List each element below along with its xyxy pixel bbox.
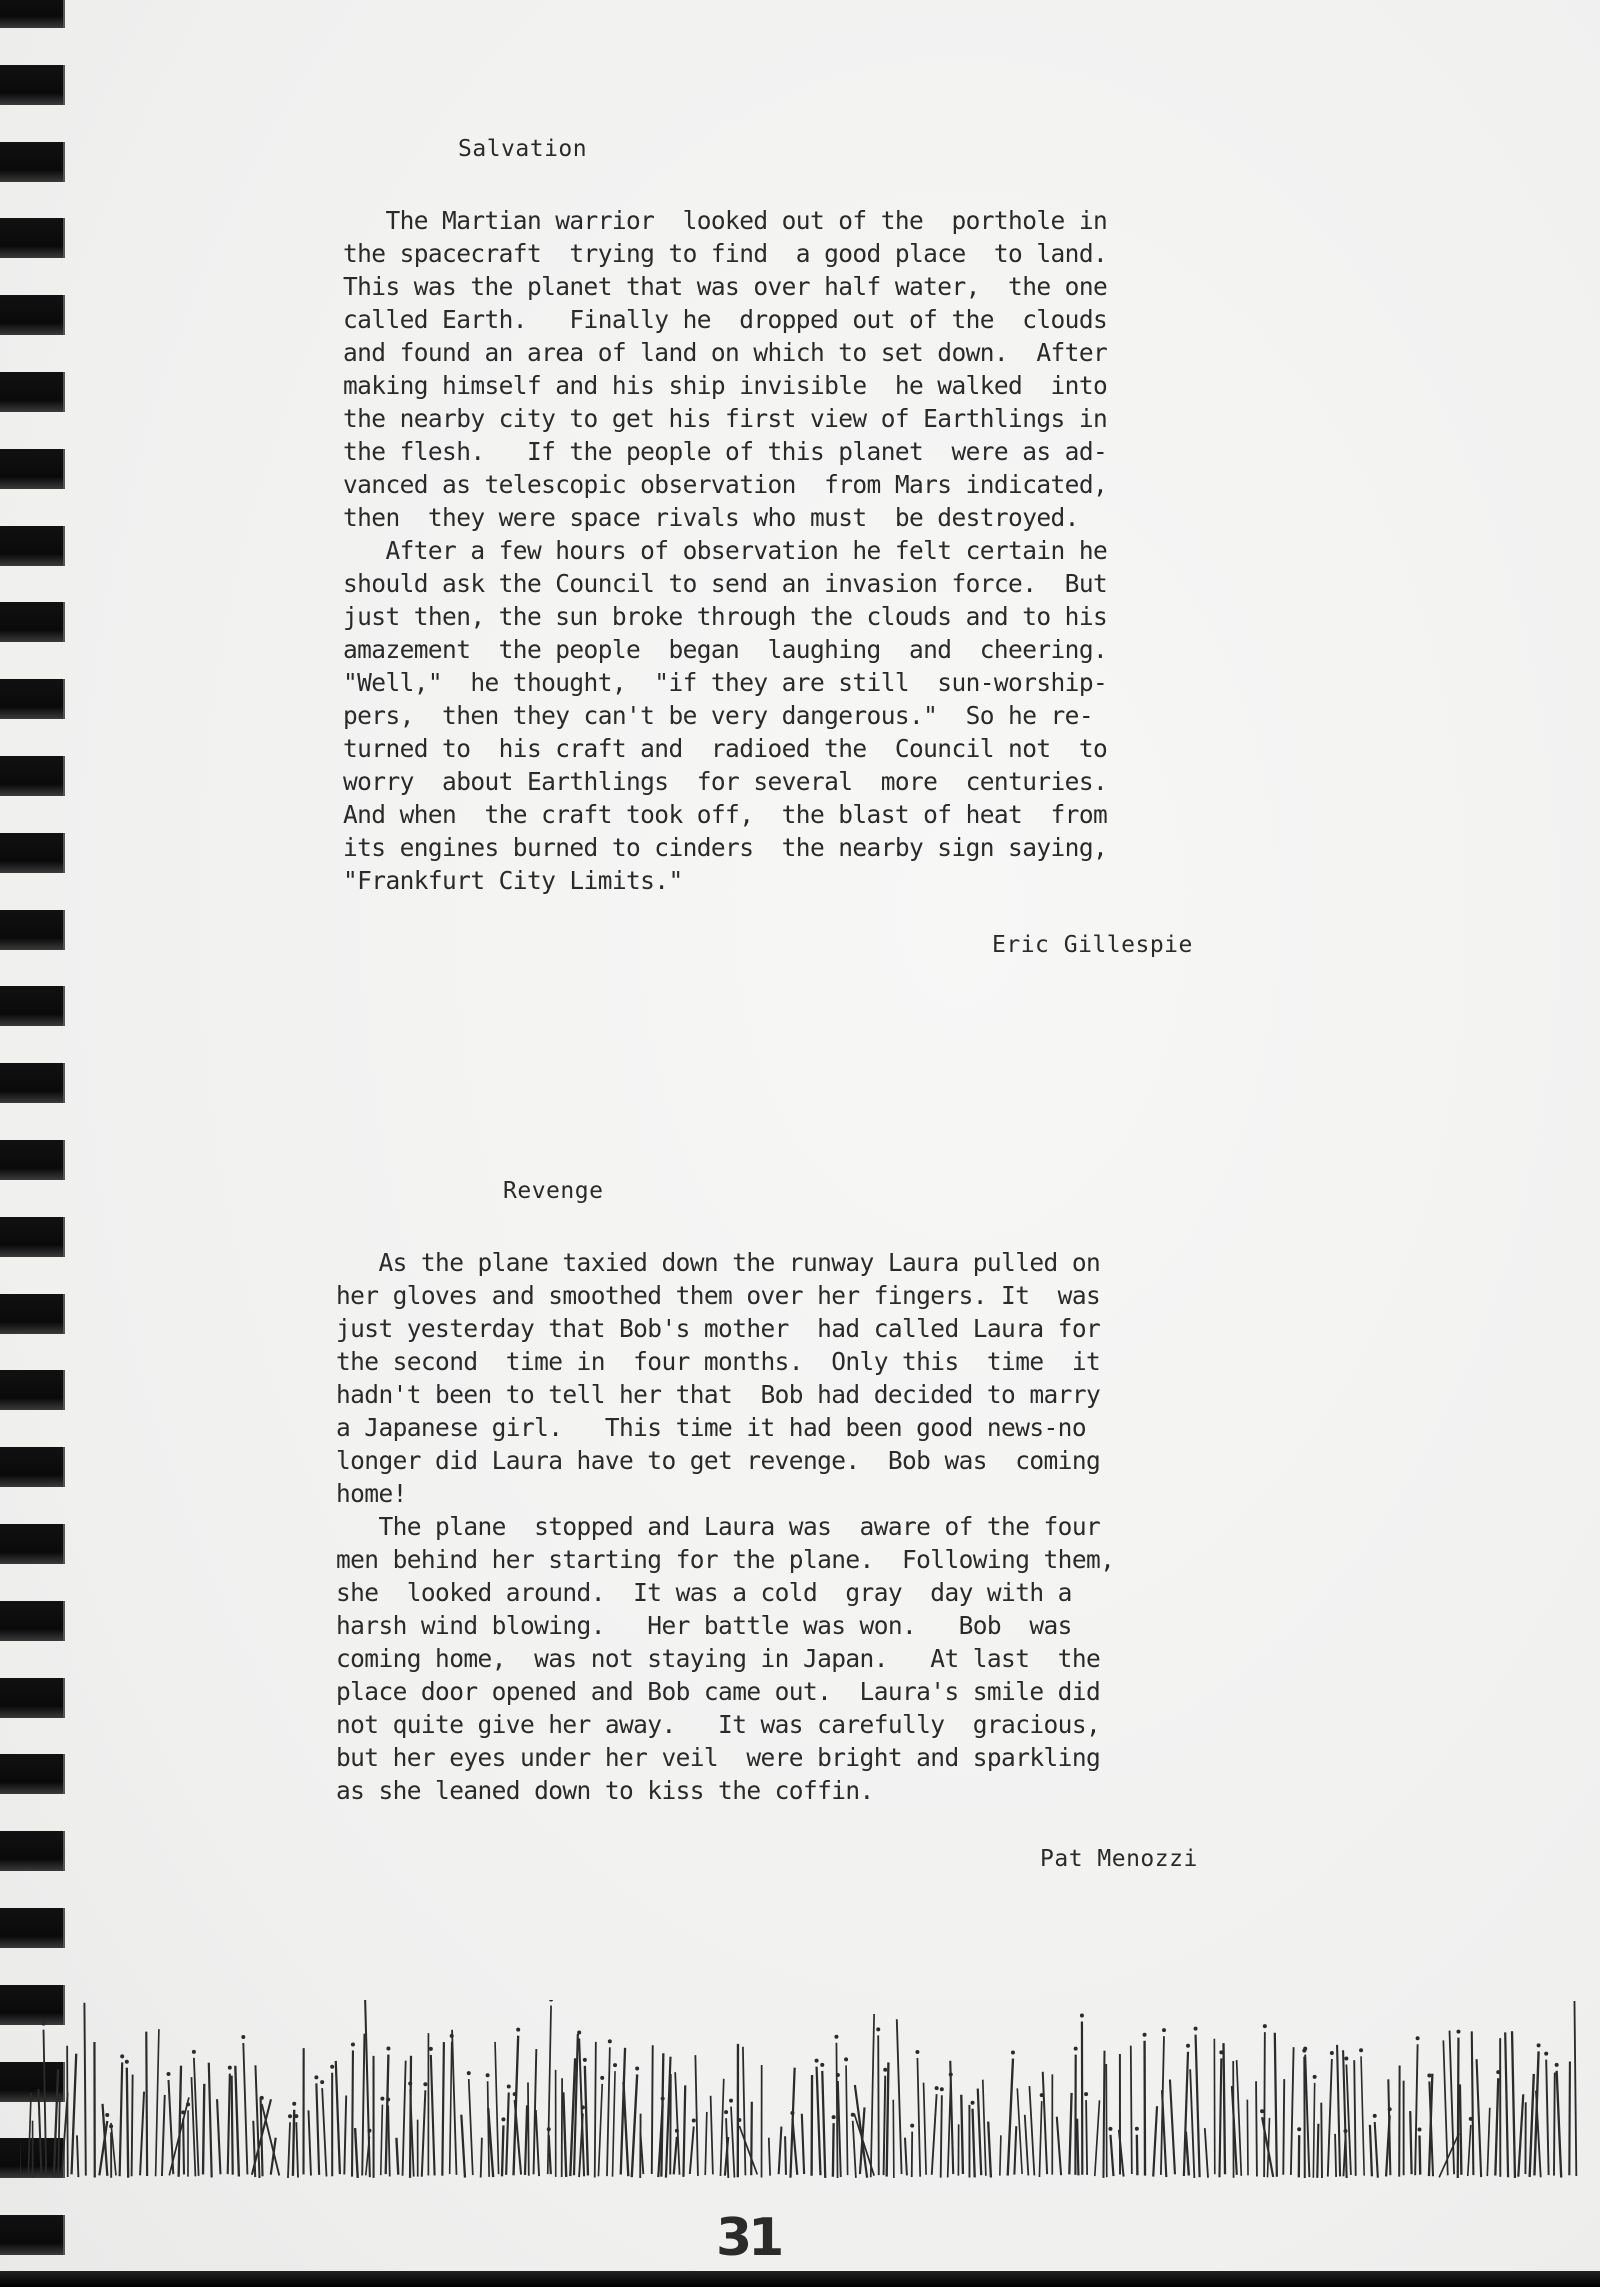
binding-ring <box>0 602 65 642</box>
text-line: its engines burned to cinders the nearby… <box>343 831 1107 864</box>
text-line: not quite give her away. It was carefull… <box>336 1708 1114 1741</box>
text-line: a Japanese girl. This time it had been g… <box>336 1411 1114 1444</box>
binding-ring <box>0 0 65 28</box>
binding-ring <box>0 1217 65 1257</box>
binding-ring <box>0 1524 65 1564</box>
binding-ring <box>0 1140 65 1180</box>
text-line: amazement the people began laughing and … <box>343 633 1107 666</box>
binding-ring <box>0 756 65 796</box>
text-line: but her eyes under her veil were bright … <box>336 1741 1114 1774</box>
text-line: place door opened and Bob came out. Laur… <box>336 1675 1114 1708</box>
text-line: then they were space rivals who must be … <box>343 501 1107 534</box>
text-line: hadn't been to tell her that Bob had dec… <box>336 1378 1114 1411</box>
binding-ring <box>0 372 65 412</box>
grass-illustration <box>20 2000 1590 2200</box>
text-line: home! <box>336 1477 1114 1510</box>
page-bottom-edge <box>0 2271 1600 2287</box>
binding-ring <box>0 142 65 182</box>
text-line: And when the craft took off, the blast o… <box>343 798 1107 831</box>
binding-ring <box>0 1294 65 1334</box>
text-line: pers, then they can't be very dangerous.… <box>343 699 1107 732</box>
text-line: just yesterday that Bob's mother had cal… <box>336 1312 1114 1345</box>
text-line: vanced as telescopic observation from Ma… <box>343 468 1107 501</box>
binding-ring <box>0 1063 65 1103</box>
text-line: The plane stopped and Laura was aware of… <box>336 1510 1114 1543</box>
text-line: turned to his craft and radioed the Coun… <box>343 732 1107 765</box>
binding-ring <box>0 2215 65 2255</box>
page-number: 31 <box>716 2208 780 2268</box>
story-body-revenge: As the plane taxied down the runway Laur… <box>336 1246 1114 1807</box>
binding-ring <box>0 295 65 335</box>
binding-ring <box>0 679 65 719</box>
binding-ring <box>0 1908 65 1948</box>
text-line: men behind her starting for the plane. F… <box>336 1543 1114 1576</box>
binding-ring <box>0 65 65 105</box>
text-line: This was the planet that was over half w… <box>343 270 1107 303</box>
text-line: called Earth. Finally he dropped out of … <box>343 303 1107 336</box>
binding-ring <box>0 1601 65 1641</box>
text-line: "Frankfurt City Limits." <box>343 864 1107 897</box>
binding-ring <box>0 1678 65 1718</box>
text-line: the flesh. If the people of this planet … <box>343 435 1107 468</box>
binding-ring <box>0 1447 65 1487</box>
text-line: After a few hours of observation he felt… <box>343 534 1107 567</box>
author-eric-gillespie: Eric Gillespie <box>992 932 1193 958</box>
binding-ring <box>0 910 65 950</box>
spiral-binding <box>0 0 70 2287</box>
text-line: the nearby city to get his first view of… <box>343 402 1107 435</box>
text-line: coming home, was not staying in Japan. A… <box>336 1642 1114 1675</box>
binding-ring <box>0 986 65 1026</box>
text-line: worry about Earthlings for several more … <box>343 765 1107 798</box>
binding-ring <box>0 833 65 873</box>
story-title-revenge: Revenge <box>503 1178 603 1204</box>
binding-ring <box>0 449 65 489</box>
text-line: as she leaned down to kiss the coffin. <box>336 1774 1114 1807</box>
text-line: should ask the Council to send an invasi… <box>343 567 1107 600</box>
binding-ring <box>0 526 65 566</box>
text-line: The Martian warrior looked out of the po… <box>343 204 1107 237</box>
text-line: the spacecraft trying to find a good pla… <box>343 237 1107 270</box>
text-line: As the plane taxied down the runway Laur… <box>336 1246 1114 1279</box>
binding-ring <box>0 1370 65 1410</box>
binding-ring <box>0 1831 65 1871</box>
text-line: her gloves and smoothed them over her fi… <box>336 1279 1114 1312</box>
text-line: the second time in four months. Only thi… <box>336 1345 1114 1378</box>
binding-ring <box>0 1754 65 1794</box>
binding-ring <box>0 218 65 258</box>
text-line: harsh wind blowing. Her battle was won. … <box>336 1609 1114 1642</box>
text-line: and found an area of land on which to se… <box>343 336 1107 369</box>
text-line: she looked around. It was a cold gray da… <box>336 1576 1114 1609</box>
scanned-page: Salvation The Martian warrior looked out… <box>0 0 1600 2287</box>
text-line: "Well," he thought, "if they are still s… <box>343 666 1107 699</box>
story-title-salvation: Salvation <box>458 136 587 162</box>
author-pat-menozzi: Pat Menozzi <box>1040 1846 1198 1872</box>
text-line: just then, the sun broke through the clo… <box>343 600 1107 633</box>
text-line: making himself and his ship invisible he… <box>343 369 1107 402</box>
story-body-salvation: The Martian warrior looked out of the po… <box>343 204 1107 897</box>
text-line: longer did Laura have to get revenge. Bo… <box>336 1444 1114 1477</box>
